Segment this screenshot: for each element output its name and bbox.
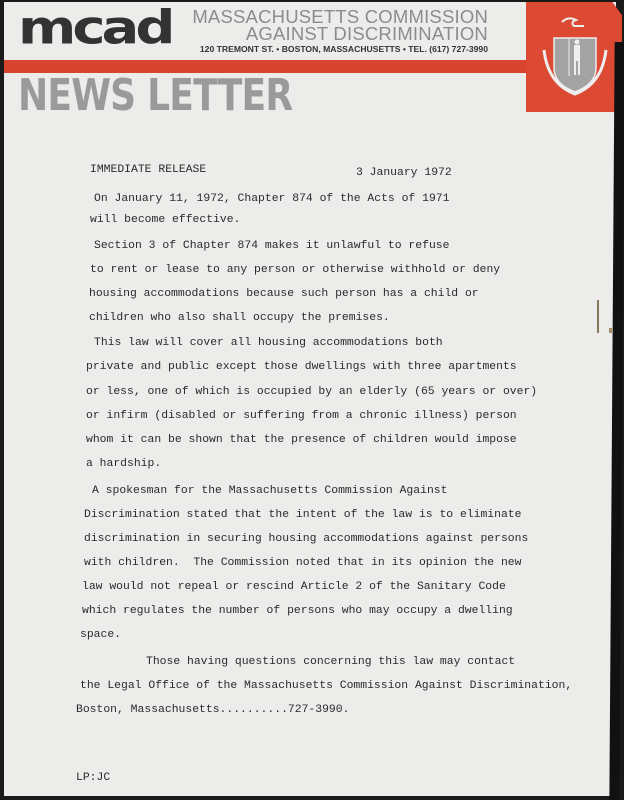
typist-initials: LP:JC	[76, 772, 110, 784]
newsletter-title: NEWS LETTER	[18, 74, 292, 118]
paper-stain	[609, 328, 612, 333]
state-seal-icon	[540, 12, 610, 102]
release-date: 3 January 1972	[356, 167, 452, 179]
paper-stain	[597, 300, 599, 333]
mcad-logo: mcad	[18, 6, 171, 52]
release-label: IMMEDIATE RELEASE	[90, 164, 206, 176]
org-address: 120 TREMONT ST. • BOSTON, MASSACHUSETTS …	[200, 44, 488, 54]
org-name-line2: AGAINST DISCRIMINATION	[246, 24, 488, 44]
newsletter-page: mcad MASSACHUSETTS COMMISSION AGAINST DI…	[4, 2, 616, 796]
